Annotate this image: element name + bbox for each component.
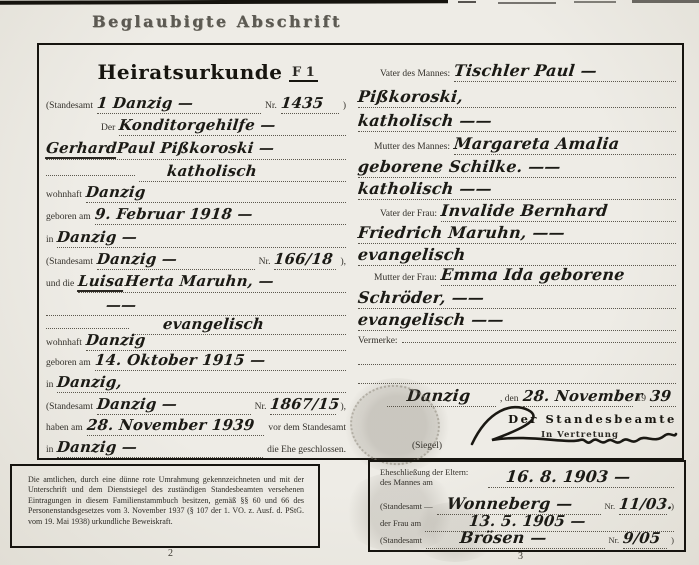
- parents-marriage-registry2-place: Brösen —: [459, 528, 548, 547]
- page-number-right: 3: [518, 551, 523, 562]
- father-groom-label: Vater des Mannes:: [380, 69, 450, 79]
- parents-marriage-registry1-nr: 11/03.: [618, 495, 674, 513]
- marriage-place-value: Danzig —: [56, 438, 138, 456]
- father-bride-value-3: evangelisch: [357, 245, 467, 264]
- scan-edge-artifact: [458, 1, 476, 3]
- father-groom-value-2: Pißkoroski,: [357, 87, 464, 106]
- marriage-date-label: haben am: [46, 423, 83, 433]
- parents-marriage-registry1-place: Wonneberg —: [446, 494, 574, 513]
- stamp-smudge: [342, 378, 452, 473]
- certified-copy-stamp: Beglaubigte Abschrift: [92, 12, 342, 32]
- seal-placeholder-label: (Siegel): [412, 435, 442, 453]
- father-groom-value-3: katholisch ——: [357, 111, 493, 130]
- ruled-line: [358, 351, 676, 365]
- father-bride-value-2: Friedrich Maruhn, ——: [357, 223, 566, 242]
- left-column: Heiratsurkunde F 1 (Standesamt 1 Danzig …: [46, 43, 346, 456]
- father-groom-value-1: Tischler Paul —: [453, 61, 598, 80]
- scan-edge-artifact: [574, 1, 616, 3]
- mother-groom-value-1: Margareta Amalia: [453, 134, 620, 153]
- father-bride-value-1: Invalide Bernhard: [440, 201, 609, 220]
- marriage-date-value: 28. November 1939: [86, 416, 255, 434]
- parents-marriage-man-label: des Mannes am: [380, 477, 484, 487]
- parents-marriage-registry2-close: ): [671, 535, 674, 545]
- marriage-date-suffix-label: vor dem Standesamt: [268, 423, 346, 433]
- groom-occupation-value: Konditorgehilfe —: [118, 116, 276, 134]
- groom-residence-label: wohnhaft: [46, 190, 82, 200]
- bride-registry-office-value: Danzig —: [96, 395, 178, 413]
- bride-registry-nr-value: 1867/15: [270, 395, 341, 413]
- groom-registry-nr-value: 166/18: [274, 250, 335, 268]
- mother-bride-label: Mutter der Frau:: [374, 273, 437, 283]
- marriage-closing-label: die Ehe geschlossen.: [267, 445, 346, 455]
- bride-registry-open-label: (Standesamt: [46, 402, 93, 412]
- parents-marriage-woman-label: der Frau am: [380, 518, 421, 528]
- bride-blank-dash: ——: [105, 296, 137, 314]
- scanned-marriage-certificate: Beglaubigte Abschrift Heiratsurkunde F 1…: [0, 0, 699, 565]
- registry-open-label: (Standesamt: [46, 101, 93, 111]
- bride-article-label: und die: [46, 279, 74, 289]
- groom-article-label: Der: [101, 123, 115, 133]
- bride-in-label: in: [46, 380, 53, 390]
- marriage-place-label: in: [46, 445, 53, 455]
- parents-marriage-man-date: 16. 8. 1903 —: [505, 467, 631, 486]
- mother-bride-value-1: Emma Ida geborene: [440, 265, 626, 284]
- groom-in-label: in: [46, 235, 53, 245]
- groom-first-name: Gerhard: [45, 139, 118, 159]
- groom-registry-office-value: Danzig —: [96, 250, 178, 268]
- registry-close-label: ): [343, 101, 346, 111]
- parents-marriage-heading: Eheschließung der Eltern:: [380, 467, 484, 477]
- certified-copy-stamp-text: Beglaubigte Abschrift: [92, 12, 342, 31]
- bride-registry-nr-label: Nr.: [255, 402, 267, 412]
- mother-bride-value-2: Schröder, ——: [357, 288, 485, 307]
- remarks-label: Vermerke:: [358, 336, 398, 346]
- groom-born-label: geboren am: [46, 212, 91, 222]
- groom-registry-open-label: (Standesamt: [46, 257, 93, 267]
- bride-name-rest: Herta Maruhn, —: [124, 272, 275, 290]
- scan-edge-artifact: [498, 2, 556, 4]
- parents-marriage-registry2-nr: 9/05: [622, 529, 661, 547]
- scan-edge-artifact: [0, 0, 448, 5]
- bride-first-name: Luisa: [77, 272, 125, 292]
- groom-registry-nr-label: Nr.: [259, 257, 271, 267]
- bride-birth-date-value: 14. Oktober 1915 —: [94, 351, 266, 369]
- parents-marriage-box: Eheschließung der Eltern: des Mannes am …: [368, 460, 686, 552]
- page-number-left: 2: [168, 548, 173, 559]
- parents-marriage-registry1-nr-label: Nr.: [605, 501, 616, 511]
- father-bride-label: Vater der Frau:: [380, 209, 437, 219]
- certificate-title: Heiratsurkunde: [98, 60, 283, 84]
- bride-residence-value: Danzig: [85, 331, 146, 349]
- groom-religion-value: katholisch: [166, 162, 258, 180]
- registry-nr-value: 1435: [280, 94, 324, 112]
- parents-marriage-registry2-nr-label: Nr.: [609, 535, 620, 545]
- groom-registry-close-label: ),: [340, 257, 346, 267]
- mother-groom-value-3: katholisch ——: [357, 179, 493, 198]
- groom-birth-date-value: 9. Februar 1918 —: [94, 205, 254, 223]
- mother-groom-value-2: geborene Schilke. ——: [357, 157, 562, 176]
- legal-note-box: Die amtlichen, durch eine dünne rote Umr…: [10, 464, 320, 548]
- scan-edge-artifact: [632, 0, 699, 3]
- bride-birth-place-value: Danzig,: [56, 373, 123, 391]
- legal-note-text: Die amtlichen, durch eine dünne rote Umr…: [12, 466, 318, 527]
- registry-nr-label: Nr.: [265, 101, 277, 111]
- groom-birth-place-value: Danzig —: [56, 228, 138, 246]
- mother-bride-value-3: evangelisch ——: [357, 310, 505, 329]
- registry-office-value: 1 Danzig —: [96, 94, 194, 112]
- parents-marriage-registry1-open: (Standesamt —: [380, 501, 433, 511]
- groom-residence-value: Danzig: [85, 183, 146, 201]
- ruled-line: [402, 329, 676, 343]
- parents-marriage-registry2-open: (Standesamt: [380, 535, 422, 545]
- form-code: F 1: [289, 63, 318, 81]
- mother-groom-label: Mutter des Mannes:: [374, 142, 450, 152]
- groom-name-rest: Paul Pißkoroski —: [116, 139, 275, 157]
- bride-residence-label: wohnhaft: [46, 338, 82, 348]
- registrar-signature: [468, 400, 680, 458]
- bride-born-label: geboren am: [46, 358, 91, 368]
